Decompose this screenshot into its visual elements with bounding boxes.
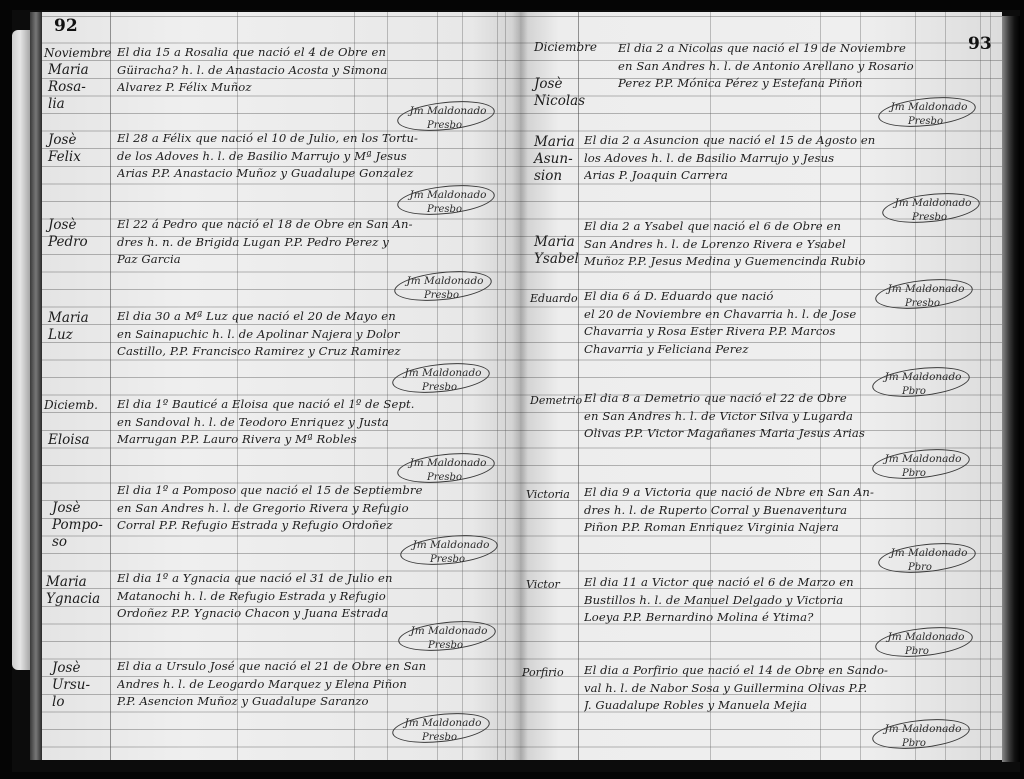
entry-child-name: Josè Pedro (48, 217, 118, 251)
entry-text: El dia 11 a Victor que nació el 6 de Mar… (584, 574, 854, 627)
entry-month: Noviembre (44, 46, 111, 60)
entry-text: El 22 á Pedro que nació el 18 de Obre en… (117, 216, 413, 269)
priest-signature: Jm Maldonado Pbro (872, 718, 972, 754)
entry-month: Diciemb. (44, 398, 98, 412)
page-number: 93 (968, 34, 992, 54)
priest-signature: Jm Maldonado Presbo (400, 534, 500, 570)
entry-text: El dia 2 a Asuncion que nació el 15 de A… (584, 132, 875, 185)
priest-signature: Jm Maldonado Presbo (397, 184, 497, 220)
priest-signature: Jm Maldonado Presbo (394, 270, 494, 306)
entry-text: El dia 2 a Nicolas que nació el 19 de No… (618, 40, 914, 93)
entry-child-name: Maria Ygnacia (46, 574, 116, 608)
priest-signature: Jm Maldonado Pbro (878, 542, 978, 578)
right-page-edge (1002, 16, 1020, 762)
right-page: 93 Diciembre Josè Nicolas El dia 2 a Nic… (520, 12, 1002, 760)
column-line (505, 12, 506, 760)
priest-signature: Jm Maldonado Presbo (398, 620, 498, 656)
entry-text: El dia 8 a Demetrio que nació el 22 de O… (584, 390, 865, 443)
entry-child-name: Porfirio (522, 664, 592, 681)
column-line (237, 12, 238, 760)
priest-signature: Jm Maldonado Presbo (878, 96, 978, 132)
column-line (387, 12, 388, 760)
entry-child-name: Josè Pompo- so (52, 500, 122, 551)
entry-child-name: Josè Nicolas (534, 76, 604, 110)
entry-child-name: Josè Ursu- lo (52, 660, 122, 711)
entry-text: El dia 2 a Ysabel que nació el 6 de Obre… (584, 218, 865, 271)
priest-signature: Jm Maldonado Presbo (392, 712, 492, 748)
priest-signature: Jm Maldonado Presbo (882, 192, 982, 228)
left-binding (30, 12, 42, 760)
column-line (980, 12, 981, 760)
entry-text: El dia a Porfirio que nació el 14 de Obr… (584, 662, 888, 715)
column-line (860, 12, 861, 760)
left-cover-edge (12, 30, 32, 670)
column-line (354, 12, 355, 760)
priest-signature: Jm Maldonado Pbro (875, 626, 975, 662)
column-line (710, 12, 711, 760)
entry-child-name: Josè Felix (48, 132, 118, 166)
priest-signature: Jm Maldonado Pbro (872, 366, 972, 402)
entry-text: El dia 30 a Mª Luz que nació el 20 de Ma… (117, 308, 401, 361)
entry-month: Diciembre (534, 40, 597, 54)
priest-signature: Jm Maldonado Presbo (875, 278, 975, 314)
entry-text: El dia 9 a Victoria que nació de Nbre en… (584, 484, 874, 537)
priest-signature: Jm Maldonado Pbro (872, 448, 972, 484)
margin-column-line (110, 12, 111, 760)
column-line (820, 12, 821, 760)
entry-text: El dia 1º a Pomposo que nació el 15 de S… (117, 482, 423, 535)
entry-text: El dia 15 a Rosalia que nació el 4 de Ob… (117, 44, 387, 97)
margin-column-line (578, 12, 579, 760)
entry-text: El dia 1º a Ygnacia que nació el 31 de J… (117, 570, 393, 623)
entry-text: El 28 a Félix que nació el 10 de Julio, … (117, 130, 418, 183)
entry-text: El dia a Ursulo José que nació el 21 de … (117, 658, 426, 711)
page-number: 92 (54, 16, 78, 36)
entry-text: El dia 6 á D. Eduardo que nació el 20 de… (584, 288, 856, 358)
entry-child-name: Maria Luz (48, 310, 118, 344)
entry-child-name: Maria Rosa- lia (48, 62, 118, 113)
column-line (990, 12, 991, 760)
entry-text: El dia 1º Bauticé a Eloisa que nació el … (117, 396, 415, 449)
priest-signature: Jm Maldonado Presbo (392, 362, 492, 398)
left-page: 92 Noviembre Maria Rosa- lia El dia 15 a… (42, 12, 520, 760)
entry-child-name: Eloisa (48, 432, 118, 449)
